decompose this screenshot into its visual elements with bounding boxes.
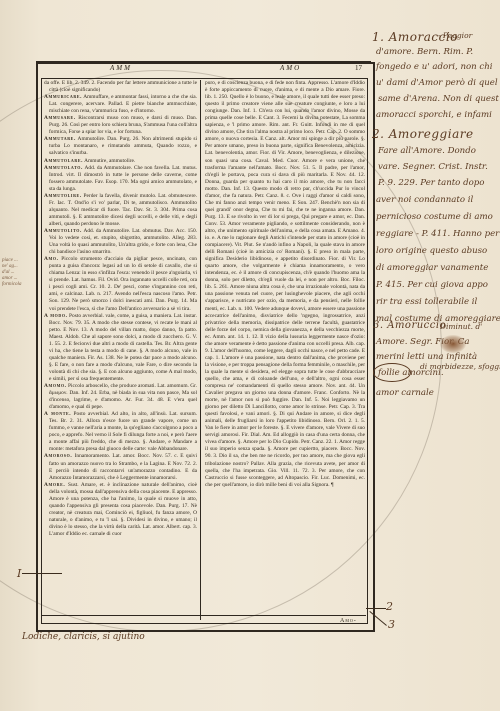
page-number: 17 [355, 64, 362, 72]
column-divider [200, 80, 201, 620]
circled-word-mark [373, 363, 411, 382]
margin-number-2: 2 [386, 600, 393, 613]
marginal-entry-1-line: d'amore. Bern. Rim. P. [376, 47, 473, 57]
marginal-entry-2-line: P. 9. 229. Per tanto dopo [378, 178, 484, 188]
dictionary-entry: A modo. Posto avverbial. vale, come, a g… [44, 313, 197, 383]
scanned-page: AMM AMO 17 da offe. E lib. 2. 349. 2. Fa… [0, 0, 500, 711]
marginal-entry-1-line: amoracci sporchi, e infami [376, 110, 492, 120]
dictionary-entry: A monte. Posto avverbial. Ad alto, in al… [44, 411, 197, 453]
dictionary-entry: Ammutare. Ammutolire. Dan. Purg. 26. Non… [44, 136, 197, 157]
marginal-entry-2-line: pernicioso costume di amo [376, 212, 493, 222]
dictionary-entry: Ammuricare. Ammuffare, e ammontar fassi,… [44, 94, 197, 115]
marginal-entry-1-line: - Peggior [438, 31, 472, 40]
marginal-entry-2-line: reggiare - P. 411. Hanno per [376, 229, 499, 239]
catchword: Amo- [340, 618, 357, 624]
dictionary-entry: Ammutolare. Ammutire, ammutolire. [44, 158, 197, 165]
bottom-handwritten-note: Lodiche, claricis, si ajutino [22, 632, 145, 642]
dictionary-entry: Amomo. Piccolo arboscello, che produce a… [44, 383, 197, 411]
running-head-right: AMO [280, 64, 301, 72]
right-column: puro, e di coscienza buona, e di fede no… [205, 80, 365, 615]
marginal-entry-2-line: P. 415. Per cui giova appo [376, 280, 488, 290]
marginal-entry-3-line: Diminut. d' [440, 322, 482, 331]
marginal-entry-2-line: Fare all'Amore. Dondo [378, 146, 476, 156]
marginal-entry-1-line: fongedo e u' adori, non chi [376, 62, 493, 72]
dictionary-entry: Amoroso. Innamoramento. Lat. amor. Bocc.… [44, 453, 197, 481]
marginal-entry-2-line: aver noi condannato il [376, 195, 473, 205]
left-margin-note: piace ... ne' ag... d'al ... amor ... fo… [2, 258, 21, 288]
left-column: da offe. E lib. 2. 349. 2. Facendo per f… [44, 80, 197, 620]
running-head-left: AMM [110, 64, 132, 72]
dictionary-entry: Ammutolire. Perder la favella, divenir m… [44, 193, 197, 228]
marginal-entry-2-line: di amoreggiar vanamente [376, 263, 488, 273]
dictionary-entry: Amore. Sust. Amare, et. è inclinazione n… [44, 482, 197, 538]
marginal-entry-2-title: 2. Amoreggiare [372, 127, 474, 141]
marginal-entry-1-line: u' dami d'Amor però di quel [376, 78, 498, 88]
margin-number-3: 3 [388, 618, 395, 631]
marginal-entry-2-line: loro origine questo abuso [376, 246, 487, 256]
marginal-entry-3-title: 3. Amoruccio [373, 320, 446, 331]
dictionary-entry: puro, e di coscienza buona, e di fede no… [205, 80, 365, 489]
marginal-entry-2-line: vare. Segner. Crist. Instr. [378, 162, 488, 172]
dictionary-entry: Amo. Piccolo strumento d'acciaio da pigl… [44, 256, 197, 312]
pointer-line-1 [22, 573, 62, 574]
margin-number-1: I [17, 567, 21, 580]
bottom-rule [42, 615, 366, 616]
marginal-entry-3-line: merini letti una infinità [376, 352, 477, 362]
marginal-entry-2-line: rir tra essi tollerabile il [376, 297, 477, 307]
dictionary-entry: da offe. E lib. 2. 349. 2. Facendo per f… [44, 80, 197, 94]
marginal-entry-3-note: amor carnale [376, 388, 434, 398]
dictionary-entry: Ammutolato. Add. da Ammutolare. Che non … [44, 165, 197, 193]
dictionary-entry: Ammutolito. Add. da Ammutolire. Lat. obm… [44, 228, 197, 256]
ink-stain [440, 335, 466, 353]
dictionary-entry: Ammusare. Riscontrarsi muso con muso, e … [44, 115, 197, 136]
pointer-line-2 [366, 608, 386, 609]
marginal-entry-1-line: same d'Arena. Non di quest [378, 94, 499, 104]
